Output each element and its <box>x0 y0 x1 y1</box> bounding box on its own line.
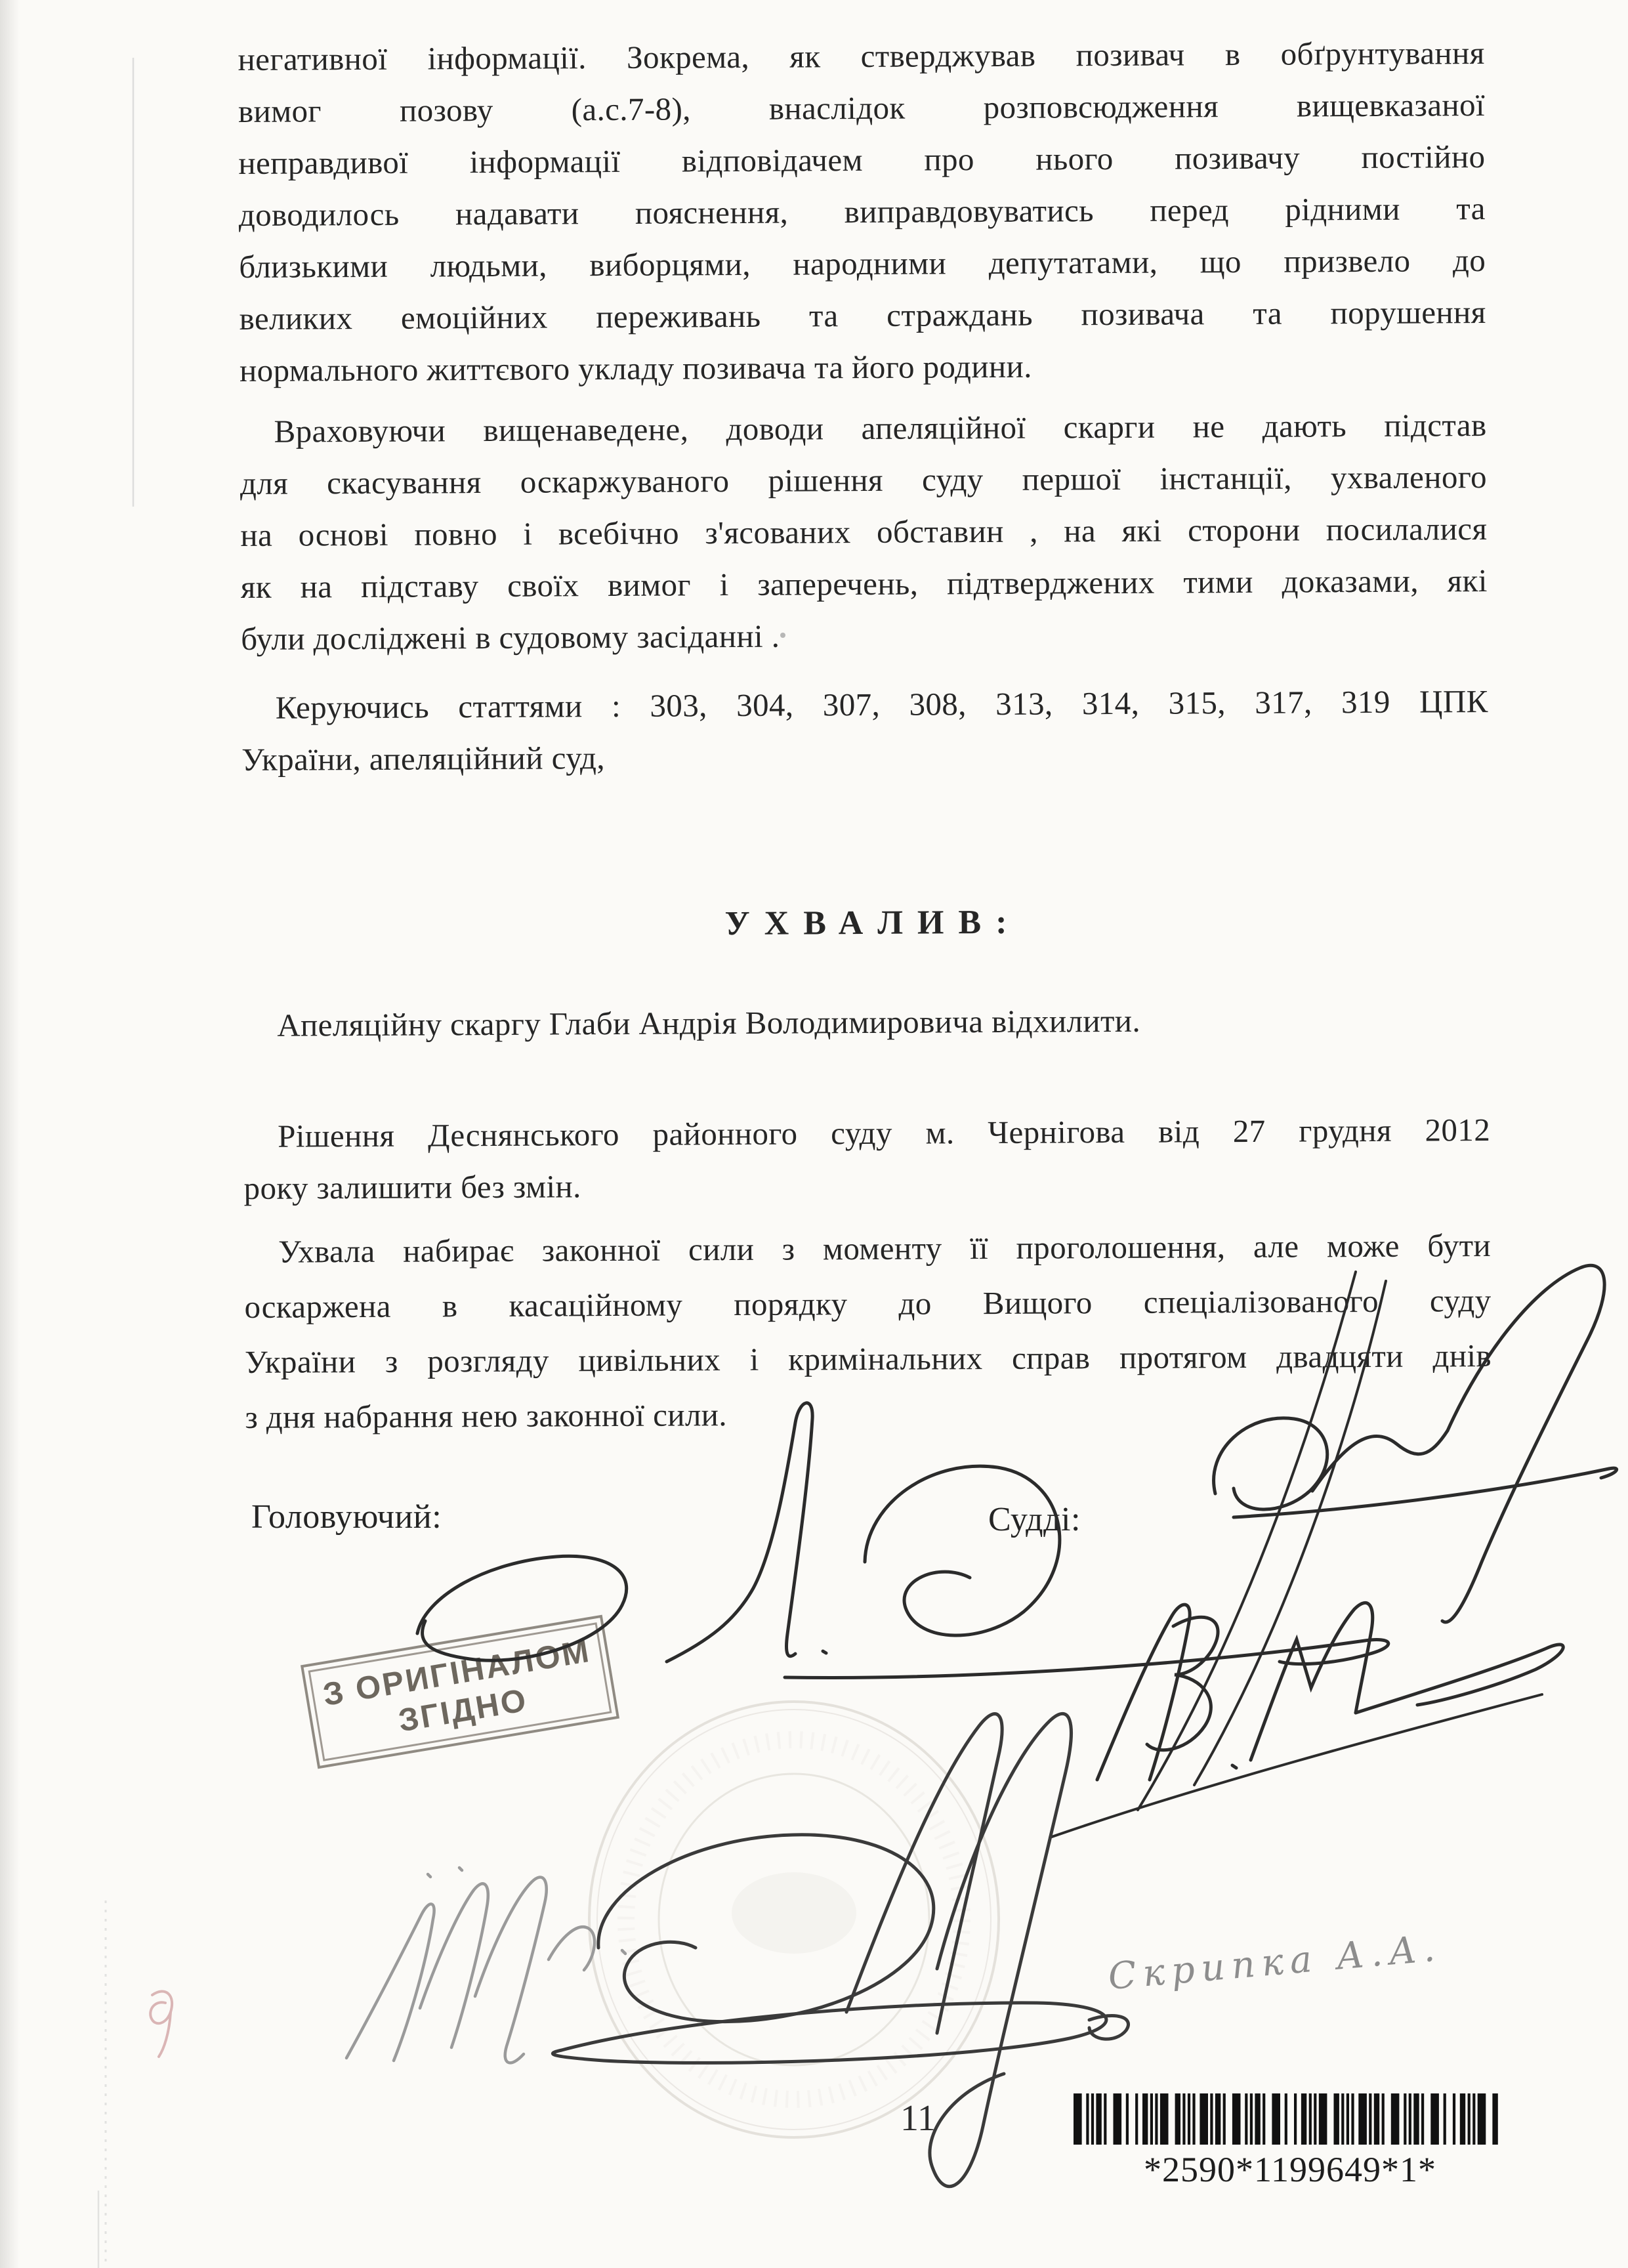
court-seal <box>589 1702 999 2137</box>
registrar-signature <box>553 1713 1128 2186</box>
scan-artifacts <box>98 58 785 2268</box>
ink-dot <box>780 633 785 638</box>
scanned-court-decision-page: негативної інформації. Зокрема, як ствер… <box>0 0 1628 2268</box>
signatures-and-seal-overlay <box>0 0 1628 2268</box>
chairman-signature <box>417 1272 1388 1810</box>
judge-signature-1 <box>1214 1265 1617 1622</box>
pink-mark <box>150 1991 172 2057</box>
clerk-scribble <box>346 1868 625 2063</box>
judge-signature-2 <box>1050 1603 1563 1837</box>
